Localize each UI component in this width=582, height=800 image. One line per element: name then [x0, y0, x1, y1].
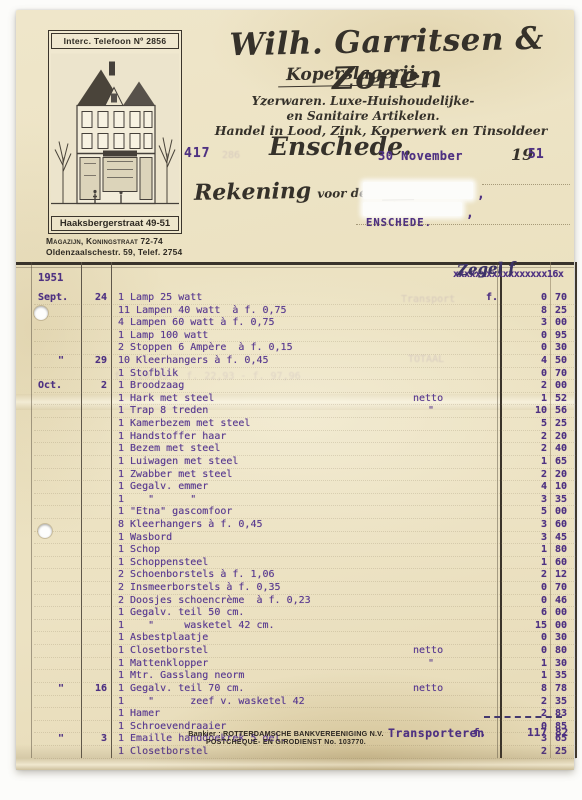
- salutation-rekening: Rekening: [194, 178, 312, 206]
- row-month: [34, 330, 81, 342]
- row-cents: 25: [550, 305, 576, 317]
- row-description: 1 Mattenklopper": [111, 658, 500, 670]
- row-description: 1 Gegalv. teil 50 cm.: [111, 607, 500, 619]
- row-month: [34, 658, 81, 670]
- table-row: 1 Closetborstelnetto 0 80: [34, 645, 576, 658]
- row-guilders: 0: [500, 595, 550, 607]
- row-day: [81, 431, 111, 443]
- row-day: [81, 405, 111, 417]
- row-item-text: 1 Schop: [118, 544, 160, 555]
- row-month: [34, 481, 81, 493]
- row-day: [81, 595, 111, 607]
- row-month: [34, 557, 81, 569]
- row-guilders: 0: [500, 342, 550, 354]
- row-guilders: 3: [500, 494, 550, 506]
- row-day: [81, 632, 111, 644]
- row-cents: 50: [550, 355, 576, 367]
- row-day: [81, 506, 111, 518]
- row-cents: 35: [550, 494, 576, 506]
- table-rows: Sept. 24 1 Lamp 25 wattf. 0 70 11 Lampen…: [34, 292, 576, 759]
- row-description: 1 Bezem met steel: [111, 443, 500, 455]
- row-month: [34, 569, 81, 581]
- row-description: 1 " zeef v. wasketel 42: [111, 696, 500, 708]
- table-row: 1 " " 3 35: [34, 494, 576, 507]
- table-row: " 29 10 Kleerhangers à f. 0,45 4 50: [34, 355, 576, 368]
- row-cents: 35: [550, 670, 576, 682]
- row-item-text: 1 Luiwagen met steel: [118, 456, 238, 467]
- row-month: [34, 721, 81, 733]
- row-guilders: 1: [500, 670, 550, 682]
- row-day: [81, 456, 111, 468]
- row-cents: 00: [550, 607, 576, 619]
- carry-currency: f.: [473, 726, 486, 739]
- row-guilders: 15: [500, 620, 550, 632]
- row-description: 1 Handstoffer haar: [111, 431, 500, 443]
- row-guilders: 2: [500, 569, 550, 581]
- row-guilders: 1: [500, 393, 550, 405]
- company-name: Wilh. Garritsen & Zonen: [187, 20, 582, 100]
- row-guilders: 8: [500, 683, 550, 695]
- row-guilders: 6: [500, 607, 550, 619]
- row-day: [81, 620, 111, 632]
- row-description: 1 Mtr. Gasslang neorm: [111, 670, 500, 682]
- invoice-paper: Interc. Telefoon Nº 2856: [16, 10, 574, 770]
- magazijn-address: Magazijn, Koningstraat 72-74: [46, 236, 163, 246]
- row-cents: 30: [550, 632, 576, 644]
- row-cents: 20: [550, 431, 576, 443]
- row-day: [81, 607, 111, 619]
- row-description: 2 Stoppen 6 Ampère à f. 0,15: [111, 342, 500, 354]
- row-guilders: 8: [500, 305, 550, 317]
- table-row: 1 Gegalv. teil 50 cm. 6 00: [34, 607, 576, 620]
- row-day: [81, 645, 111, 657]
- row-description: 8 Kleerhangers à f. 0,45: [111, 519, 500, 531]
- row-cents: 80: [550, 544, 576, 556]
- row-item-text: 2 Stoppen 6 Ampère à f. 0,15: [118, 342, 293, 353]
- row-month: [34, 607, 81, 619]
- zegel-handwritten: Zegel f: [457, 258, 516, 279]
- row-item-text: 8 Kleerhangers à f. 0,45: [118, 519, 263, 530]
- row-item-text: 2 Schoenborstels à f. 1,06: [118, 569, 275, 580]
- row-description: 1 Lamp 100 watt: [111, 330, 500, 342]
- punch-hole-top: [34, 306, 48, 320]
- punch-hole-bottom: [38, 524, 52, 538]
- table-row: " 16 1 Gegalv. teil 70 cm.netto 8 78: [34, 683, 576, 696]
- row-item-text: 10 Kleerhangers à f. 0,45: [118, 355, 269, 366]
- row-item-text: 1 Zwabber met steel: [118, 469, 232, 480]
- row-cents: 20: [550, 469, 576, 481]
- row-item-text: 1 Mtr. Gasslang neorm: [118, 670, 244, 681]
- row-guilders: 0: [500, 292, 550, 304]
- row-description: 1 Broodzaag: [111, 380, 500, 392]
- table-row: 2 Doosjes schoencrème à f. 0,23 0 46: [34, 595, 576, 608]
- row-day: 24: [81, 292, 111, 304]
- subtitle-line-1: Yzerwaren. Luxe-Huishoudelijke-: [248, 94, 478, 108]
- row-month: [34, 506, 81, 518]
- row-month: [34, 393, 81, 405]
- table-row: 1 Hark met steelnetto 1 52: [34, 393, 576, 406]
- row-guilders: 10: [500, 405, 550, 417]
- row-item-text: 2 Doosjes schoencrème à f. 0,23: [118, 595, 311, 606]
- row-cents: 56: [550, 405, 576, 417]
- row-day: [81, 481, 111, 493]
- row-netto-note: ": [428, 658, 434, 669]
- row-month: [34, 544, 81, 556]
- row-day: [81, 519, 111, 531]
- row-netto-note: ": [428, 405, 434, 416]
- row-item-text: 1 "Etna" gascomfoor: [118, 506, 232, 517]
- row-month: Oct.: [34, 380, 81, 392]
- row-cents: 40: [550, 443, 576, 455]
- table-row: 1 Trap 8 treden" 10 56: [34, 405, 576, 418]
- table-row: 2 Insmeerborstels à f. 0,35 0 70: [34, 582, 576, 595]
- row-item-text: 1 " ": [118, 494, 196, 505]
- invoice-date: 30 November: [378, 149, 463, 163]
- row-month: [34, 443, 81, 455]
- row-day: [81, 494, 111, 506]
- row-description: 1 Closetborstelnetto: [111, 645, 500, 657]
- redacted-name: [363, 182, 473, 199]
- invoice-number: 417: [184, 146, 210, 161]
- row-cents: 70: [550, 582, 576, 594]
- row-month: [34, 620, 81, 632]
- row-cents: 70: [550, 292, 576, 304]
- row-day: [81, 393, 111, 405]
- row-month: [34, 418, 81, 430]
- row-description: 1 Hamer: [111, 708, 500, 720]
- row-description: 1 Gegalv. teil 70 cm.netto: [111, 683, 500, 695]
- row-item-text: 1 Lamp 100 watt: [118, 330, 208, 341]
- row-description: 1 Hark met steelnetto: [111, 393, 500, 405]
- row-month: [34, 645, 81, 657]
- row-day: [81, 721, 111, 733]
- row-guilders: 2: [500, 696, 550, 708]
- table-row: 1 "Etna" gascomfoor 5 00: [34, 506, 576, 519]
- table-row: Sept. 24 1 Lamp 25 wattf. 0 70: [34, 292, 576, 305]
- row-description: 2 Doosjes schoencrème à f. 0,23: [111, 595, 500, 607]
- table-row: 1 Schop 1 80: [34, 544, 576, 557]
- row-item-text: 11 Lampen 40 watt à f. 0,75: [118, 305, 287, 316]
- row-cents: 70: [550, 368, 576, 380]
- row-description: 1 Wasbord: [111, 532, 500, 544]
- row-description: 1 Lamp 25 wattf.: [111, 292, 500, 304]
- row-description: 10 Kleerhangers à f. 0,45: [111, 355, 500, 367]
- oldenzaal-address: Oldenzaalschestr. 59, Telef. 2754: [46, 247, 182, 257]
- storefront-illustration: [51, 51, 179, 214]
- row-month: ": [34, 683, 81, 695]
- row-description: 1 Zwabber met steel: [111, 469, 500, 481]
- row-item-text: 1 Broodzaag: [118, 380, 184, 391]
- row-month: ": [34, 355, 81, 367]
- table-left-border: [31, 262, 32, 758]
- row-month: [34, 670, 81, 682]
- row-netto-note: netto: [413, 683, 443, 694]
- row-guilders: 5: [500, 506, 550, 518]
- row-cents: 46: [550, 595, 576, 607]
- row-description: 2 Insmeerborstels à f. 0,35: [111, 582, 500, 594]
- row-item-text: 1 " wasketel 42 cm.: [118, 620, 275, 631]
- row-guilders: 2: [500, 469, 550, 481]
- row-guilders: 0: [500, 632, 550, 644]
- row-cents: 25: [550, 418, 576, 430]
- table-row: 1 " wasketel 42 cm. 15 00: [34, 620, 576, 633]
- row-guilders: 0: [500, 582, 550, 594]
- row-guilders: 4: [500, 481, 550, 493]
- row-month: [34, 595, 81, 607]
- row-item-text: 1 Stofblik: [118, 368, 178, 379]
- row-description: 1 Stofblik: [111, 368, 500, 380]
- row-guilders: 3: [500, 519, 550, 531]
- row-month: [34, 469, 81, 481]
- row-description: 1 Kamerbezem met steel: [111, 418, 500, 430]
- table-row: 1 Bezem met steel 2 40: [34, 443, 576, 456]
- row-item-text: 1 Asbestplaatje: [118, 632, 208, 643]
- paper-fold: [16, 744, 574, 770]
- row-guilders: 2: [500, 431, 550, 443]
- row-description: 1 Asbestplaatje: [111, 632, 500, 644]
- row-item-text: 1 Schoppensteel: [118, 557, 208, 568]
- row-item-text: 1 Handstoffer haar: [118, 431, 226, 442]
- year-typed: 51: [528, 147, 544, 162]
- table-row: 1 Mtr. Gasslang neorm 1 35: [34, 670, 576, 683]
- row-month: [34, 708, 81, 720]
- table-row: 2 Stoppen 6 Ampère à f. 0,15 0 30: [34, 342, 576, 355]
- row-item-text: 4 Lampen 60 watt à f. 0,75: [118, 317, 275, 328]
- row-currency-prefix: f.: [486, 292, 498, 303]
- table-row: 1 Luiwagen met steel 1 65: [34, 456, 576, 469]
- row-description: 1 Schop: [111, 544, 500, 556]
- row-month: [34, 696, 81, 708]
- row-cents: 00: [550, 506, 576, 518]
- row-item-text: 1 Gegalv. emmer: [118, 481, 208, 492]
- row-day: [81, 696, 111, 708]
- row-day: 2: [81, 380, 111, 392]
- row-month: [34, 431, 81, 443]
- carry-cents: 82: [555, 726, 568, 739]
- row-description: 2 Schoenborstels à f. 1,06: [111, 569, 500, 581]
- row-day: 16: [81, 683, 111, 695]
- row-cents: 65: [550, 456, 576, 468]
- table-row: 1 " zeef v. wasketel 42 2 35: [34, 696, 576, 709]
- row-month: [34, 405, 81, 417]
- row-item-text: 1 " zeef v. wasketel 42: [118, 696, 305, 707]
- row-description: 11 Lampen 40 watt à f. 0,75: [111, 305, 500, 317]
- row-day: [81, 330, 111, 342]
- row-guilders: 1: [500, 456, 550, 468]
- row-guilders: 0: [500, 645, 550, 657]
- table-row: 1 Gegalv. emmer 4 10: [34, 481, 576, 494]
- row-cents: 00: [550, 317, 576, 329]
- row-item-text: 1 Wasbord: [118, 532, 172, 543]
- table-row: 1 Kamerbezem met steel 5 25: [34, 418, 576, 431]
- row-guilders: 2: [500, 443, 550, 455]
- subtitle-line-2: en Sanitaire Artikelen.: [248, 109, 478, 123]
- row-guilders: 3: [500, 532, 550, 544]
- row-day: [81, 708, 111, 720]
- row-guilders: 2: [500, 380, 550, 392]
- row-item-text: 1 Closetborstel: [118, 645, 208, 656]
- carry-guilders: 117: [500, 726, 547, 739]
- row-month: [34, 456, 81, 468]
- row-guilders: 1: [500, 557, 550, 569]
- row-day: 29: [81, 355, 111, 367]
- redacted-address: [363, 202, 462, 216]
- row-item-text: 1 Gegalv. teil 50 cm.: [118, 607, 244, 618]
- row-cents: 00: [550, 620, 576, 632]
- bank-line: Bankier : ROTTERDAMSCHE BANKVEREENIGING …: [116, 729, 456, 738]
- table-row: 1 Schoppensteel 1 60: [34, 557, 576, 570]
- row-month: [34, 494, 81, 506]
- table-row: Oct. 2 1 Broodzaag 2 00: [34, 380, 576, 393]
- table-row: 1 Mattenklopper" 1 30: [34, 658, 576, 671]
- row-item-text: 1 Gegalv. teil 70 cm.: [118, 683, 244, 694]
- table-row: 1 Zwabber met steel 2 20: [34, 469, 576, 482]
- row-day: [81, 418, 111, 430]
- row-item-text: 1 Hark met steel: [118, 393, 214, 404]
- street-box: Haaksbergerstraat 49-51: [51, 216, 179, 231]
- row-cents: 45: [550, 532, 576, 544]
- letterhead-frame: Interc. Telefoon Nº 2856: [48, 30, 182, 234]
- row-item-text: 1 Lamp 25 watt: [118, 292, 202, 303]
- row-cents: 35: [550, 696, 576, 708]
- row-cents: 00: [550, 380, 576, 392]
- ghost-number: 286: [222, 150, 240, 161]
- total-dashed-rule: [484, 716, 562, 718]
- row-guilders: 4: [500, 355, 550, 367]
- table-row: 11 Lampen 40 watt à f. 0,75 8 25: [34, 305, 576, 318]
- dotted-line-name: [482, 184, 570, 185]
- row-item-text: 2 Insmeerborstels à f. 0,35: [118, 582, 281, 593]
- row-description: 1 " wasketel 42 cm.: [111, 620, 500, 632]
- row-day: [81, 670, 111, 682]
- row-guilders: 0: [500, 330, 550, 342]
- row-item-text: 1 Hamer: [118, 708, 160, 719]
- row-guilders: 0: [500, 368, 550, 380]
- row-cents: 30: [550, 658, 576, 670]
- table-row: 1 Hamer 2 83: [34, 708, 576, 721]
- row-item-text: 1 Bezem met steel: [118, 443, 220, 454]
- row-day: [81, 368, 111, 380]
- row-cents: 10: [550, 481, 576, 493]
- row-item-text: 1 Kamerbezem met steel: [118, 418, 250, 429]
- row-cents: 78: [550, 683, 576, 695]
- row-cents: 30: [550, 342, 576, 354]
- trade-name-text: Koperslagerij.: [277, 63, 428, 88]
- table-year-label: 1951: [38, 272, 63, 284]
- table-row: 8 Kleerhangers à f. 0,45 3 60: [34, 519, 576, 532]
- row-cents: 80: [550, 645, 576, 657]
- row-description: 4 Lampen 60 watt à f. 0,75: [111, 317, 500, 329]
- scanned-invoice: Interc. Telefoon Nº 2856: [0, 0, 582, 800]
- row-day: [81, 532, 111, 544]
- row-guilders: 3: [500, 317, 550, 329]
- row-guilders: 1: [500, 658, 550, 670]
- row-day: [81, 342, 111, 354]
- row-day: [81, 443, 111, 455]
- row-day: [81, 544, 111, 556]
- row-item-text: 1 Mattenklopper: [118, 658, 208, 669]
- row-description: 1 Trap 8 treden": [111, 405, 500, 417]
- row-day: [81, 557, 111, 569]
- table-row: 1 Lamp 100 watt 0 95: [34, 330, 576, 343]
- row-month: [34, 368, 81, 380]
- row-cents: 12: [550, 569, 576, 581]
- row-description: 1 Gegalv. emmer: [111, 481, 500, 493]
- row-day: [81, 569, 111, 581]
- comma-after-address: ,: [466, 206, 474, 221]
- telephone-box: Interc. Telefoon Nº 2856: [51, 33, 179, 49]
- table-row: 1 Stofblik 0 70: [34, 368, 576, 381]
- row-cents: 95: [550, 330, 576, 342]
- row-guilders: 1: [500, 544, 550, 556]
- row-day: [81, 317, 111, 329]
- row-day: [81, 658, 111, 670]
- dotted-line-address: [356, 224, 570, 225]
- row-netto-note: netto: [413, 393, 443, 404]
- table-row: 1 Asbestplaatje 0 30: [34, 632, 576, 645]
- row-month: [34, 632, 81, 644]
- row-month: [34, 342, 81, 354]
- row-cents: 60: [550, 557, 576, 569]
- table-row: 1 Handstoffer haar 2 20: [34, 431, 576, 444]
- row-item-text: 1 Trap 8 treden: [118, 405, 208, 416]
- row-description: 1 Luiwagen met steel: [111, 456, 500, 468]
- table-row: 2 Schoenborstels à f. 1,06 2 12: [34, 569, 576, 582]
- row-description: 1 " ": [111, 494, 500, 506]
- row-day: [81, 582, 111, 594]
- table-row: 4 Lampen 60 watt à f. 0,75 3 00: [34, 317, 576, 330]
- addressee-city: ENSCHEDE.: [366, 217, 432, 229]
- table-row: 1 Wasbord 3 45: [34, 532, 576, 545]
- row-cents: 60: [550, 519, 576, 531]
- row-day: [81, 469, 111, 481]
- trade-name: Koperslagerij.: [248, 64, 458, 86]
- row-day: [81, 305, 111, 317]
- row-description: 1 Schoppensteel: [111, 557, 500, 569]
- row-guilders: 5: [500, 418, 550, 430]
- row-cents: 52: [550, 393, 576, 405]
- comma-after-name: ,: [477, 187, 485, 202]
- row-month: [34, 582, 81, 594]
- row-description: 1 "Etna" gascomfoor: [111, 506, 500, 518]
- row-netto-note: netto: [413, 645, 443, 656]
- row-month: Sept.: [34, 292, 81, 304]
